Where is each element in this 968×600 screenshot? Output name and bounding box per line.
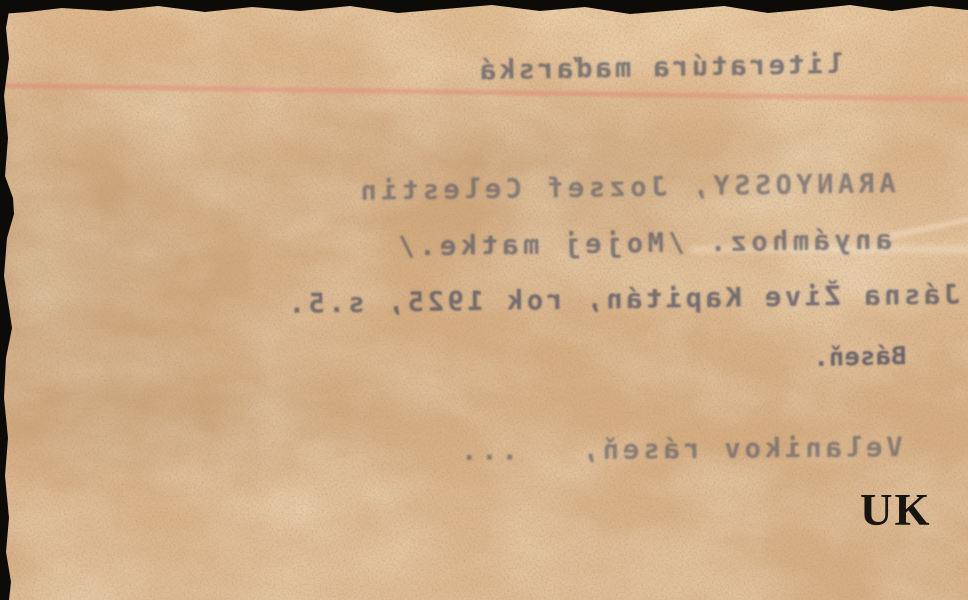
bleedthrough-note-line: Velanikov ráseň, ... (457, 432, 903, 467)
bleedthrough-heading: literatúra maďarská (477, 49, 843, 86)
library-uk-stamp: UK (860, 488, 932, 533)
catalog-card: literatúra maďarská ARANYOSSY, Jozsef Ce… (0, 0, 968, 600)
scanned-catalog-card-page: literatúra maďarská ARANYOSSY, Jozsef Ce… (0, 0, 968, 600)
bleedthrough-genre-line: Báseň. (812, 341, 906, 372)
